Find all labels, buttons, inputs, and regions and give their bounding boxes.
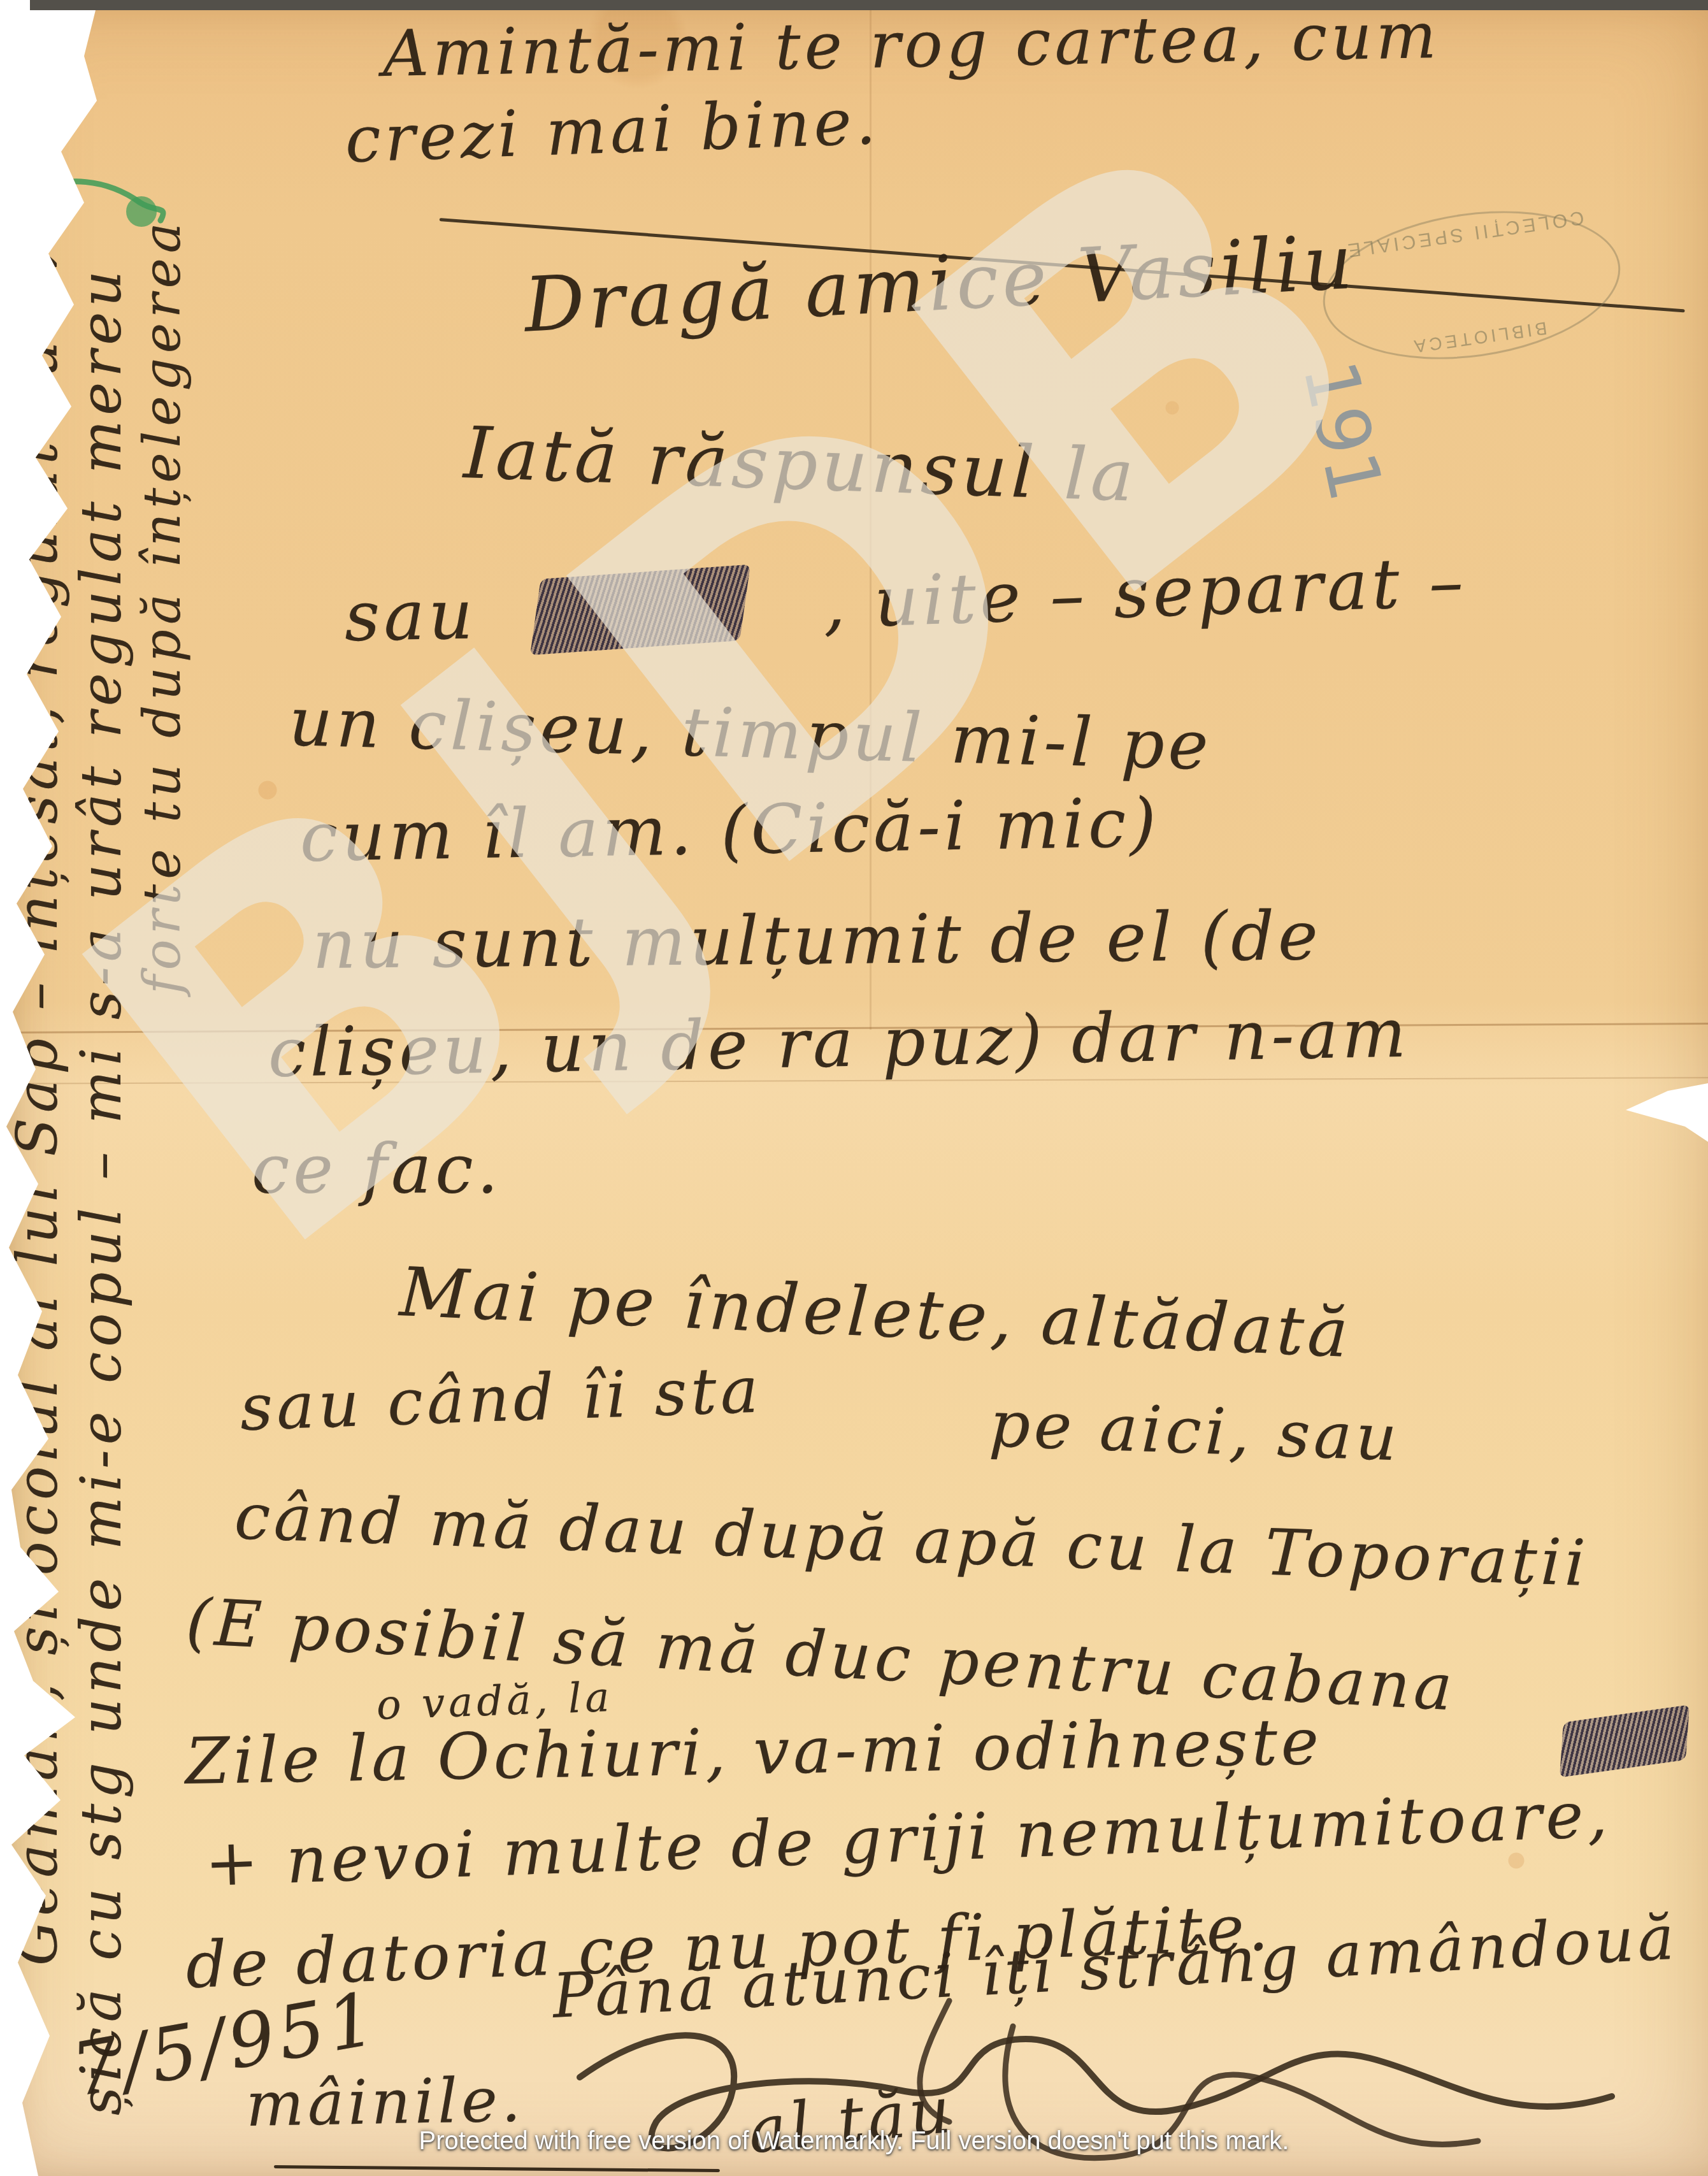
watermarkly-notice: Protected with free version of Watermark…	[419, 2127, 1289, 2156]
scan-edge-strip	[30, 0, 1708, 10]
body-line: Mai pe îndelete, altădată	[398, 1258, 1353, 1367]
body-line: un clișeu, timpul mi-l pe	[288, 688, 1213, 780]
body-line: clișeu, un de ra puz) dar n-am	[268, 1000, 1410, 1087]
body-line: când mă dau după apă cu la Toporații	[234, 1485, 1590, 1596]
paper-sheet: BIBLIOTECA COLECȚII SPECIALE 191 Amintă-…	[0, 0, 1708, 2176]
library-stamp: BIBLIOTECA COLECȚII SPECIALE	[1314, 193, 1630, 377]
scratched-word	[530, 565, 750, 655]
margin-note-1: Geamăn, și ocolul al lui Săp – înțesat, …	[10, 0, 66, 1966]
letter-scan: BIBLIOTECA COLECȚII SPECIALE 191 Amintă-…	[0, 0, 1708, 2176]
body-line: (E posibil să mă duc pentru cabana	[185, 1590, 1458, 1720]
body-line: nu sunt mulțumit de el (de	[312, 902, 1322, 979]
postscript-line-2: crezi mai bine.	[344, 90, 880, 172]
margin-note-3: forte tu după înțelegerea	[137, 218, 188, 994]
fold-crease-vertical	[870, 10, 872, 1030]
body-line: Iată răspunsul la	[463, 417, 1138, 512]
closing-line-2: mâinile.	[245, 2069, 525, 2135]
postscript-line-1: Amintă-mi te rog cartea, cum	[382, 4, 1440, 86]
scratched-word	[1560, 1704, 1690, 1778]
body-line: cum îl am. (Cică-i mic)	[299, 789, 1161, 872]
body-line: sau când îi sta	[239, 1358, 763, 1440]
body-line: Zile la Ochiuri, va-mi odihnește	[185, 1710, 1323, 1794]
margin-note-2: șică cu stg unde mi-e copul – mi s-a urâ…	[73, 266, 129, 2115]
body-line: pe aici, sau	[989, 1392, 1402, 1470]
body-line: + nevoi multe de griji nemulțumitoare,	[204, 1783, 1612, 1896]
inventory-number: 191	[1286, 354, 1399, 508]
scratched-line-after: , uite – separat –	[822, 548, 1468, 639]
body-line: ce fac.	[252, 1135, 502, 1203]
scratched-line-before: sau	[344, 580, 477, 652]
salutation: Dragă amice Vasiliu	[522, 224, 1358, 343]
